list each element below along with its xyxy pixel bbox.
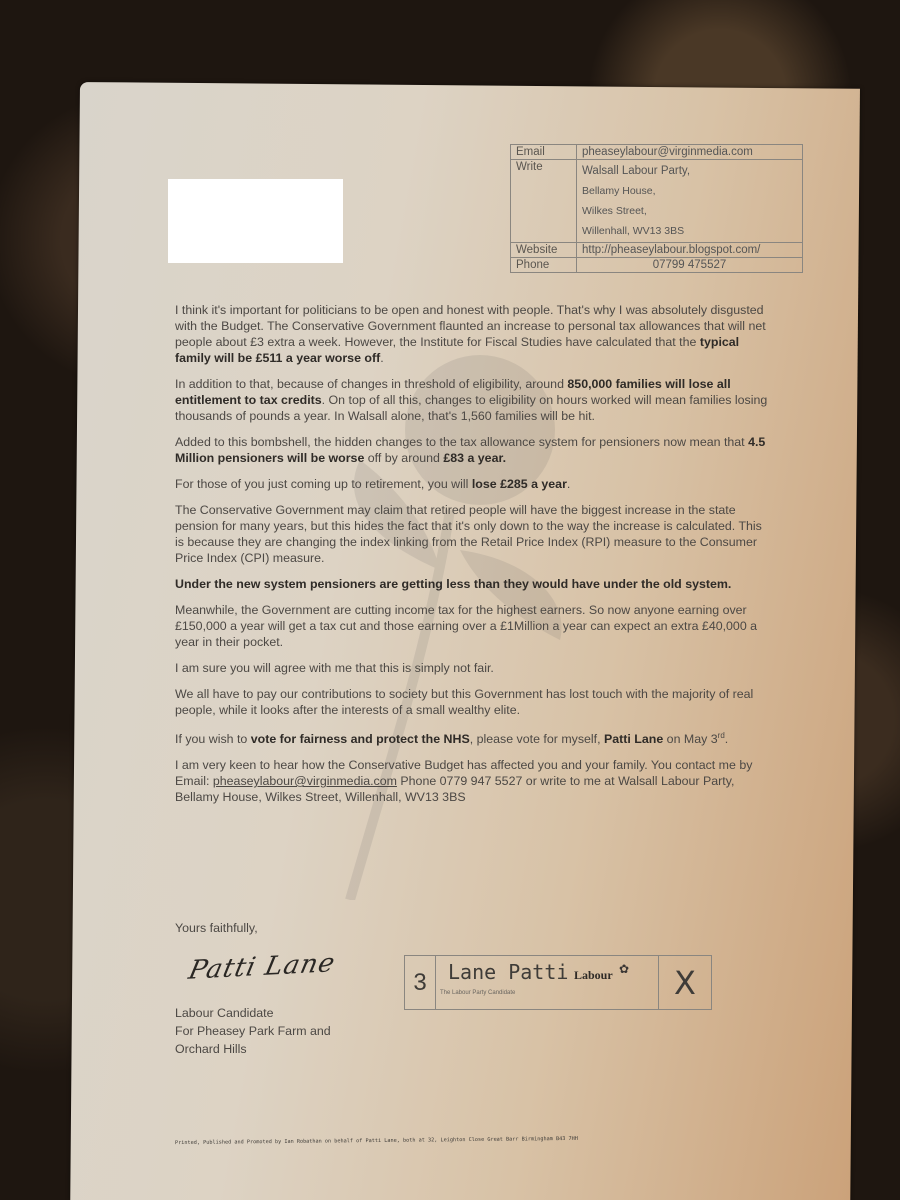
redacted-address-block [168,179,343,263]
paragraph: Meanwhile, the Government are cutting in… [175,602,770,650]
candidate-line: For Pheasey Park Farm and [175,1022,331,1040]
candidate-line: Labour Candidate [175,1004,331,1022]
ballot-candidate-cell: Lane Patti The Labour Party Candidate La… [436,956,659,1009]
party-logo-text: Labour [574,968,613,983]
address-line: Willenhall, WV13 3BS [582,221,797,241]
rose-icon: ✿ [619,962,629,976]
letter-body: I think it's important for politicians t… [175,302,770,815]
ballot-candidate-name: Lane Patti [448,960,568,984]
address-line: Bellamy House, [582,181,797,201]
paragraph: I am very keen to hear how the Conservat… [175,757,770,805]
ballot-paper-example: 3 Lane Patti The Labour Party Candidate … [404,955,712,1010]
paragraph: I am sure you will agree with me that th… [175,660,770,676]
email-link[interactable]: pheaseylabour@virginmedia.com [213,774,397,788]
paragraph: We all have to pay our contributions to … [175,686,770,718]
paragraph: In addition to that, because of changes … [175,376,770,424]
paragraph: If you wish to vote for fairness and pro… [175,728,770,747]
candidate-line: Orchard Hills [175,1040,331,1058]
address-line: Walsall Labour Party, [582,161,797,181]
website-label: Website [511,243,577,258]
contact-table: Email pheaseylabour@virginmedia.com Writ… [510,144,803,273]
paragraph: The Conservative Government may claim th… [175,502,770,566]
email-label: Email [511,145,577,160]
paragraph: For those of you just coming up to retir… [175,476,770,492]
ballot-number: 3 [405,956,436,1009]
phone-value: 07799 475527 [577,258,803,273]
postal-address: Walsall Labour Party, Bellamy House, Wil… [577,160,803,243]
paragraph: I think it's important for politicians t… [175,302,770,366]
ballot-cross-mark: X [659,956,711,1009]
candidate-title: Labour Candidate For Pheasey Park Farm a… [175,1004,331,1058]
ballot-candidate-description: The Labour Party Candidate [440,990,515,996]
write-label: Write [511,160,577,243]
paragraph: Added to this bombshell, the hidden chan… [175,434,770,466]
website-value: http://pheaseylabour.blogspot.com/ [577,243,803,258]
phone-label: Phone [511,258,577,273]
closing: Yours faithfully, [175,921,258,935]
address-line: Wilkes Street, [582,201,797,221]
email-value: pheaseylabour@virginmedia.com [577,145,803,160]
paragraph-bold: Under the new system pensioners are gett… [175,576,770,592]
